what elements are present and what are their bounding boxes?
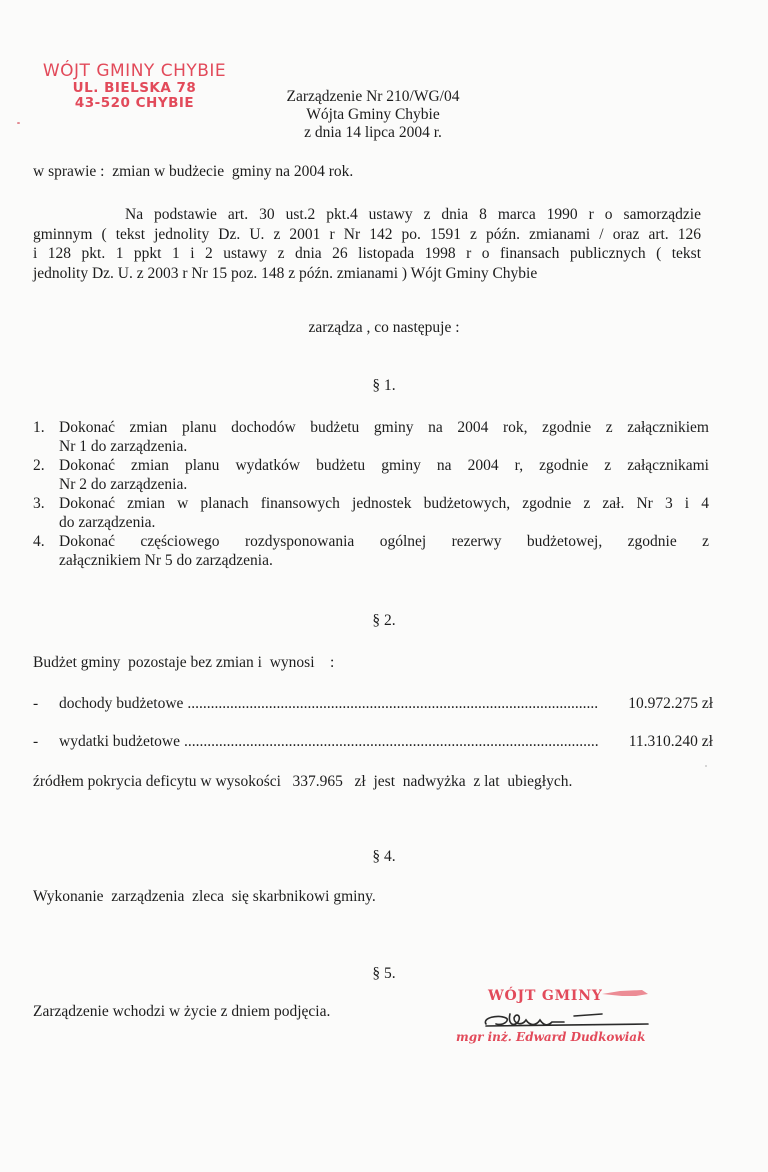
legal-basis-line: i 128 pkt. 1 ppkt 1 i 2 ustawy z dnia 26… bbox=[33, 244, 701, 264]
list-item: 4. Dokonać częściowego rozdysponowania o… bbox=[33, 532, 709, 570]
list-item-text: Nr 1 do zarządzenia. bbox=[59, 437, 709, 456]
budget-line-amount: 11.310.240 zł bbox=[605, 733, 713, 751]
budget-line-expenses: - wydatki budżetowe 11.310.240 zł bbox=[33, 733, 713, 751]
budget-intro: Budżet gminy pozostaje bez zmian i wynos… bbox=[33, 654, 334, 672]
office-stamp: WÓJT GMINY CHYBIE UL. BIELSKA 78 43-520 … bbox=[22, 62, 247, 111]
legal-basis-line: Na podstawie art. 30 ust.2 pkt.4 ustawy … bbox=[33, 205, 701, 225]
list-item-number: 4. bbox=[33, 532, 59, 570]
list-item-text: Dokonać zmian w planach finansowych jedn… bbox=[59, 494, 709, 513]
legal-basis-paragraph: Na podstawie art. 30 ust.2 pkt.4 ustawy … bbox=[33, 205, 701, 283]
budget-line-label: dochody budżetowe bbox=[59, 695, 183, 713]
bullet-dash: - bbox=[33, 733, 59, 751]
subject-line: w sprawie : zmian w budżecie gminy na 20… bbox=[33, 163, 353, 181]
list-item-number: 3. bbox=[33, 494, 59, 532]
document-page: WÓJT GMINY CHYBIE UL. BIELSKA 78 43-520 … bbox=[0, 0, 768, 1172]
legal-basis-line: jednolity Dz. U. z 2003 r Nr 15 poz. 148… bbox=[33, 264, 701, 284]
list-item-text: załącznikiem Nr 5 do zarządzenia. bbox=[59, 551, 709, 570]
title-date: z dnia 14 lipca 2004 r. bbox=[258, 124, 488, 142]
effective-date-statement: Zarządzenie wchodzi w życie z dniem podj… bbox=[33, 1003, 330, 1021]
list-item: 1. Dokonać zmian planu dochodów budżetu … bbox=[33, 418, 709, 456]
signature-stamp: WÓJT GMINY mgr inż. Edward Dudkowiak bbox=[452, 988, 662, 1052]
execution-statement: Wykonanie zarządzenia zleca się skarbnik… bbox=[33, 888, 376, 906]
dot-leader bbox=[187, 695, 599, 713]
list-item-text: Dokonać zmian planu wydatków budżetu gmi… bbox=[59, 456, 709, 475]
list-item-text: Dokonać częściowego rozdysponowania ogól… bbox=[59, 532, 709, 551]
section-2-heading: § 2. bbox=[0, 612, 768, 630]
stamp-line-postcode: 43-520 CHYBIE bbox=[22, 96, 247, 111]
stamp-line-street: UL. BIELSKA 78 bbox=[22, 81, 247, 96]
decree-phrase: zarządza , co następuje : bbox=[0, 319, 768, 337]
bullet-dash: - bbox=[33, 695, 59, 713]
section-1-heading: § 1. bbox=[0, 377, 768, 395]
list-item-text: do zarządzenia. bbox=[59, 513, 709, 532]
section-1-list: 1. Dokonać zmian planu dochodów budżetu … bbox=[33, 418, 709, 570]
title-decree-number: Zarządzenie Nr 210/WG/04 bbox=[258, 88, 488, 106]
budget-line-label: wydatki budżetowe bbox=[59, 733, 180, 751]
stamp-line-office: WÓJT GMINY CHYBIE bbox=[22, 62, 247, 81]
list-item: 3. Dokonać zmian w planach finansowych j… bbox=[33, 494, 709, 532]
title-issuer: Wójta Gminy Chybie bbox=[258, 106, 488, 124]
signatory-name: mgr inż. Edward Dudkowiak bbox=[456, 1030, 645, 1044]
scan-speck bbox=[705, 765, 707, 767]
section-4-heading: § 4. bbox=[0, 848, 768, 866]
legal-basis-line: gminnym ( tekst jednolity Dz. U. z 2001 … bbox=[33, 225, 701, 245]
list-item: 2. Dokonać zmian planu wydatków budżetu … bbox=[33, 456, 709, 494]
budget-line-amount: 10.972.275 zł bbox=[605, 695, 713, 713]
list-item-number: 1. bbox=[33, 418, 59, 456]
budget-line-revenue: - dochody budżetowe 10.972.275 zł bbox=[33, 695, 713, 713]
list-item-text: Nr 2 do zarządzenia. bbox=[59, 475, 709, 494]
document-title: Zarządzenie Nr 210/WG/04 Wójta Gminy Chy… bbox=[258, 88, 488, 142]
list-item-number: 2. bbox=[33, 456, 59, 494]
deficit-statement: źródłem pokrycia deficytu w wysokości 33… bbox=[33, 773, 572, 791]
stamp-speck bbox=[17, 122, 20, 124]
list-item-text: Dokonać zmian planu dochodów budżetu gmi… bbox=[59, 418, 709, 437]
dot-leader bbox=[184, 733, 599, 751]
section-5-heading: § 5. bbox=[0, 965, 768, 983]
